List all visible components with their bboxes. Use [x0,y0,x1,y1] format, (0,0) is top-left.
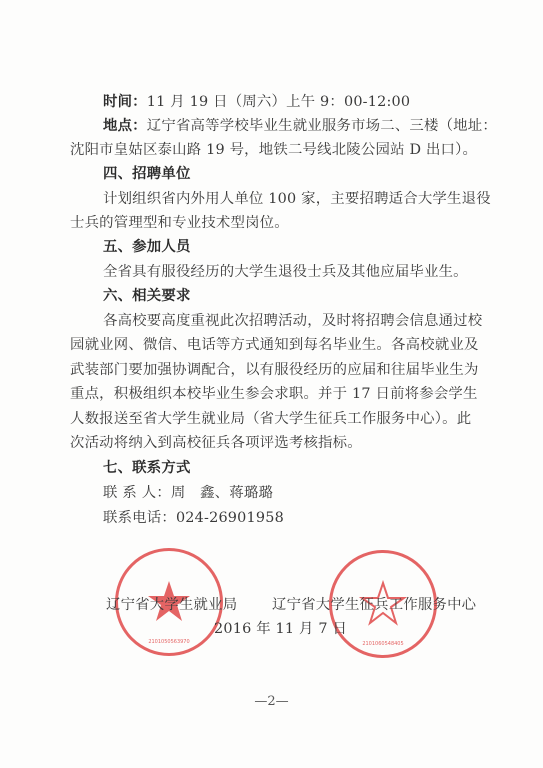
section-text: 全省具有服役经历的大学生退役士兵及其他应届毕业生。 [103,263,468,281]
place-value-line2: 沈阳市皇姑区泰山路 19 号，地铁二号线北陵公园站 D 出口）。 [70,141,477,159]
place-label: 地点： [103,118,147,134]
section-heading-participants: 五、参加人员 [103,238,191,256]
section-text: 重点，积极组织本校毕业生参会求职。并于 17 日前将参会学生 [70,385,478,403]
signature-org1: 辽宁省大学生就业局 [106,596,237,614]
section-heading-recruiting-units: 四、招聘单位 [103,165,191,183]
time-line: 时间：11 月 19 日（周六）上午 9：00-12:00 [103,93,410,111]
section-text: 武装部门要加强协调配合，以有服役经历的应届和往届毕业生为 [70,361,479,379]
section-text: 园就业网、微信、电话等方式通知到每名毕业生。各高校就业及 [70,336,479,354]
section-text: 各高校要高度重视此次招聘活动，及时将招聘会信息通过校 [103,312,482,330]
section-heading-contact: 七、联系方式 [103,459,191,477]
place-value-line1: 辽宁省高等学校毕业生就业服务市场二、三楼（地址： [147,118,497,134]
svg-text:2101060548405: 2101060548405 [362,641,403,647]
section-text: 次活动将纳入到高校征兵各项评选考核指标。 [70,434,362,452]
signature-org2: 辽宁省大学生征兵工作服务中心 [272,596,476,614]
section-text: 士兵的管理型和专业技术型岗位。 [70,214,289,232]
contact-phone: 联系电话：024-26901958 [103,509,284,527]
time-label: 时间： [103,94,147,110]
time-value: 11 月 19 日（周六）上午 9：00-12:00 [147,94,410,110]
document-page: 时间：11 月 19 日（周六）上午 9：00-12:00 地点：辽宁省高等学校… [0,0,543,768]
svg-text:2101050563970: 2101050563970 [148,639,189,645]
section-heading-requirements: 六、相关要求 [103,287,191,305]
place-line: 地点：辽宁省高等学校毕业生就业服务市场二、三楼（地址： [103,117,497,135]
contact-person: 联 系 人：周 鑫、蒋璐璐 [103,484,273,502]
page-number: —2— [0,694,543,709]
section-text: 人数报送至省大学生就业局（省大学生征兵工作服务中心）。此 [70,410,471,428]
section-text: 计划组织省内外用人单位 100 家，主要招聘适合大学生退役 [103,190,491,208]
signature-date: 2016 年 11 月 7 日 [214,620,347,638]
